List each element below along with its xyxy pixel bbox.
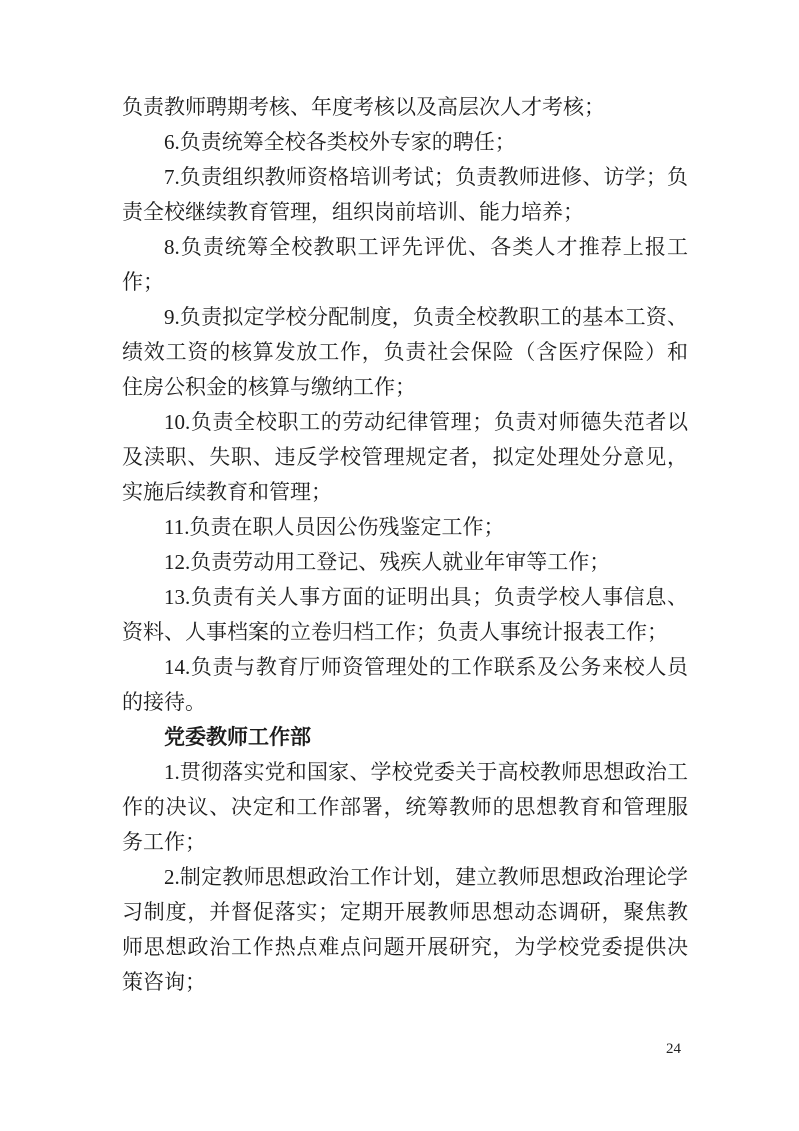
paragraph: 7.负责组织教师资格培训考试；负责教师进修、访学；负责全校继续教育管理，组织岗前… — [122, 160, 688, 230]
paragraph: 负责教师聘期考核、年度考核以及高层次人才考核； — [122, 90, 688, 125]
paragraph: 10.负责全校职工的劳动纪律管理；负责对师德失范者以及渎职、失职、违反学校管理规… — [122, 405, 688, 510]
paragraph: 11.负责在职人员因公伤残鉴定工作； — [122, 510, 688, 545]
document-page: 负责教师聘期考核、年度考核以及高层次人才考核；6.负责统筹全校各类校外专家的聘任… — [0, 0, 799, 1131]
section-heading: 党委教师工作部 — [122, 720, 688, 755]
paragraph: 2.制定教师思想政治工作计划，建立教师思想政治理论学习制度，并督促落实；定期开展… — [122, 860, 688, 1000]
paragraph: 13.负责有关人事方面的证明出具；负责学校人事信息、资料、人事档案的立卷归档工作… — [122, 580, 688, 650]
paragraph: 6.负责统筹全校各类校外专家的聘任； — [122, 125, 688, 160]
page-number: 24 — [666, 1042, 681, 1057]
paragraph: 12.负责劳动用工登记、残疾人就业年审等工作； — [122, 545, 688, 580]
document-body: 负责教师聘期考核、年度考核以及高层次人才考核；6.负责统筹全校各类校外专家的聘任… — [122, 90, 688, 1000]
paragraph: 14.负责与教育厅师资管理处的工作联系及公务来校人员的接待。 — [122, 650, 688, 720]
paragraph: 1.贯彻落实党和国家、学校党委关于高校教师思想政治工作的决议、决定和工作部署，统… — [122, 755, 688, 860]
paragraph: 9.负责拟定学校分配制度，负责全校教职工的基本工资、绩效工资的核算发放工作，负责… — [122, 300, 688, 405]
paragraph: 8.负责统筹全校教职工评先评优、各类人才推荐上报工作； — [122, 230, 688, 300]
